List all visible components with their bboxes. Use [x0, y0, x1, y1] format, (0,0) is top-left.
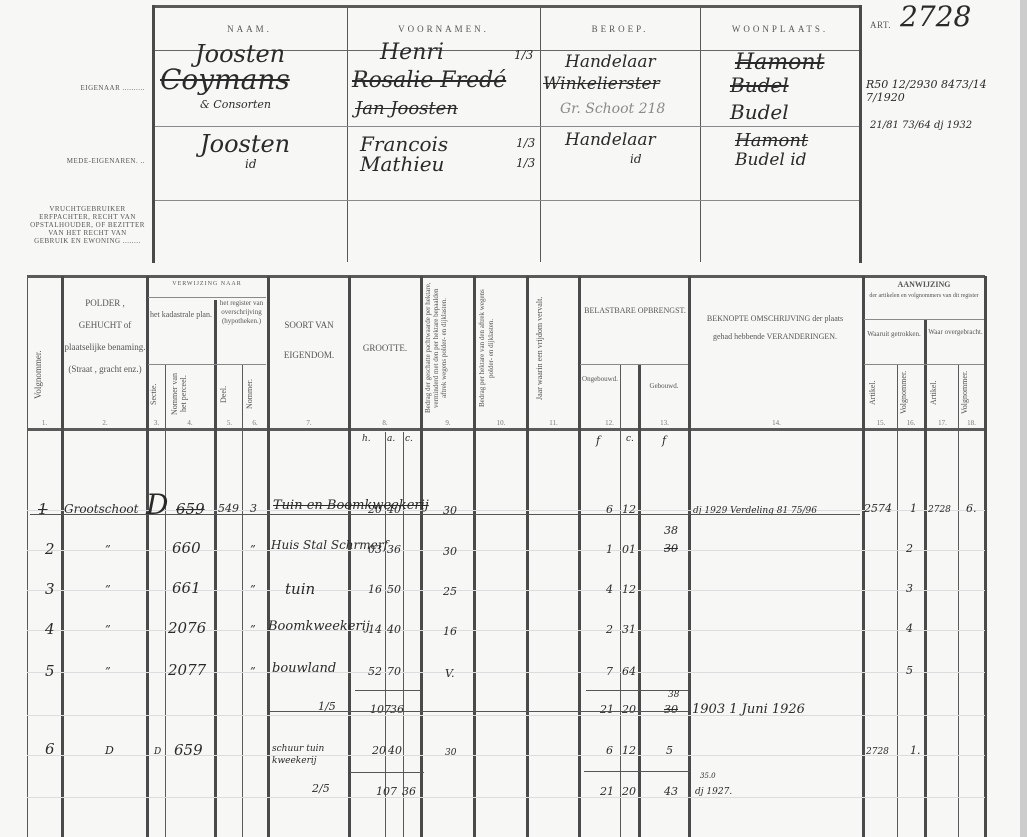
cell-artikel-naar: 2728 [928, 505, 951, 515]
cell-soort: bouwland [272, 661, 336, 676]
cell-ongebouwd-c: 20 [622, 703, 636, 716]
header-soort-eigendom: SOORT VAN EIGENDOM. [270, 310, 348, 370]
mede-eigenaar-2-share: 1/3 [516, 156, 535, 170]
cell-volg-uit: 3 [906, 582, 913, 595]
col-line [958, 365, 959, 837]
divider [700, 8, 701, 262]
header-artikel-uit: Artikel. [868, 370, 894, 415]
header-verwijzing-naar: VERWIJZING NAAR [148, 281, 266, 287]
cell-omschrijving-note: 35.0 [700, 772, 716, 780]
unit-f: f [596, 434, 600, 447]
header-gebouwd: Gebouwd. [640, 382, 688, 390]
owner-box-right-border [859, 5, 862, 263]
header-waar: Waar overgebracht. [927, 328, 984, 336]
eigenaar-3-woonplaats: Budel [730, 100, 789, 124]
label-eigenaar: EIGENAAR .......... [0, 84, 145, 92]
mede-eigenaar-2-naam: id [245, 157, 257, 171]
col-num: 18. [959, 419, 984, 427]
cell-perceel: 660 [172, 539, 201, 557]
mede-eigenaar-1-beroep: Handelaar [565, 130, 656, 150]
cell-h: 107 [376, 785, 397, 798]
eigenaar-1-voornamen: Henri [380, 40, 444, 65]
cell-volg-uit: 5 [906, 664, 913, 677]
cell-soort: schuur tuin kweekerij [272, 743, 347, 767]
header-aanwijzing-sub: der artikelen en volgnommers van dit reg… [864, 292, 984, 300]
cell-h: 52 [368, 665, 382, 678]
cell-polder: ” [105, 583, 111, 596]
cell-ongebouwd-c: 12 [622, 583, 636, 596]
cell-a: 36 [402, 785, 416, 798]
mede-eigenaar-1-woonplaats: Hamont [735, 130, 808, 151]
cell-volgnr: 5 [45, 662, 55, 680]
cell-volgnr: 2 [45, 540, 55, 558]
header-volgnommer: Volgnommer. [34, 330, 54, 420]
owner-box-top-border [152, 5, 862, 8]
row-guide [27, 550, 985, 551]
eigenaar-2-woonplaats: Budel [730, 73, 789, 97]
col-line [146, 276, 149, 837]
col-num: 9. [423, 419, 473, 427]
header-bedrag-aftrek: Bedrag per hektare van den aftrek wegens… [478, 282, 524, 414]
col-num: 14. [691, 419, 862, 427]
article-number: 2728 [900, 0, 971, 33]
header-naam: NAAM. [152, 24, 347, 34]
col-line [924, 320, 927, 837]
strike-line [270, 711, 688, 712]
cell-h: 03 [368, 543, 382, 556]
mede-eigenaar-1-share: 1/3 [516, 136, 535, 150]
cell-sectie: D [154, 747, 161, 757]
header-aanwijzing: AANWIJZING [864, 280, 984, 289]
header-bedrag-pachtwaarde: Bedrag der geschatte pachtwaarde per hek… [424, 282, 470, 414]
header-polder: POLDER , GEHUCHT of plaatselijke benamin… [64, 292, 146, 380]
col-line [620, 365, 621, 837]
col-num: 15. [865, 419, 897, 427]
label-vruchtgebruiker: VRUCHTGEBRUIKER ERFPACHTER, RECHT VAN OP… [30, 205, 145, 245]
col-line [348, 276, 351, 837]
col-line [984, 276, 987, 837]
col-line [638, 365, 641, 837]
cell-volg-uit: 4 [906, 622, 913, 635]
header-waaruit: Waaruit getrokken. [865, 330, 923, 338]
col-line [578, 276, 581, 837]
cell-soort: Tuin en Boomkweekerij [273, 498, 429, 513]
col-line [242, 365, 243, 837]
eigenaar-3-beroep: Gr. Schoot 218 [560, 101, 665, 117]
cell-artikel-uit: 2574 [864, 502, 892, 515]
cell-bedrag: 30 [443, 545, 457, 558]
label-mede-eigenaren: MEDE-EIGENAREN. .. [0, 157, 145, 165]
owner-box-left-border [152, 5, 155, 263]
sum-line [355, 690, 420, 691]
col-line [473, 276, 476, 837]
col-line [526, 276, 529, 837]
col-line [403, 432, 404, 837]
header-deel: Deel. [219, 368, 239, 420]
divider [864, 364, 984, 365]
mede-eigenaar-2-voornamen: Mathieu [360, 152, 444, 176]
header-nommer: Nommer. [245, 368, 265, 420]
mede-eigenaar-1-naam: Joosten [200, 130, 290, 158]
header-woonplaats: WOONPLAATS. [700, 24, 860, 34]
col-num: 13. [641, 419, 688, 427]
cell-ongebouwd-c: 12 [622, 744, 636, 757]
cell-ongebouwd-f: 21 [600, 785, 614, 798]
cell-polder: D [105, 744, 114, 757]
cell-bedrag: 30 [445, 748, 456, 758]
eigenaar-3-voornamen: Jan Joosten [355, 98, 458, 119]
col-line [420, 276, 423, 837]
unit-a: a. [387, 434, 395, 444]
header-grootte: GROOTTE. [350, 343, 420, 353]
cell-ongebouwd-c: 20 [622, 785, 636, 798]
eigenaar-3-naam: & Consorten [200, 98, 271, 111]
col-num: 12. [581, 419, 638, 427]
cell-soort: tuin [285, 580, 315, 598]
strike-line [30, 514, 860, 515]
cell-volgnr: 3 [45, 580, 55, 598]
divider [540, 8, 541, 262]
cell-nommer: ” [250, 543, 256, 556]
header-voornamen: VOORNAMEN. [347, 24, 540, 34]
col-num: 10. [476, 419, 526, 427]
divider [155, 126, 859, 127]
header-belastbare-opbrengst: BELASTBARE OPBRENGST. [582, 298, 688, 323]
cell-gebouwd: 5 [666, 744, 673, 757]
col-line [688, 276, 691, 837]
divider [155, 200, 859, 201]
cell-gebouwd: 30 [664, 542, 678, 555]
col-num: 3. [148, 419, 165, 427]
col-line [165, 365, 166, 837]
cell-perceel: 2076 [168, 619, 206, 637]
cell-ongebouwd-c: 01 [622, 543, 636, 556]
header-artikel-naar: Artikel. [929, 370, 955, 415]
divider [148, 297, 266, 298]
cell-nommer: ” [250, 623, 256, 636]
cell-perceel: 661 [172, 579, 201, 597]
cell-ongebouwd-f: 2 [606, 623, 613, 636]
cell-h: 20 [372, 744, 386, 757]
cell-ongebouwd-c: 31 [622, 623, 636, 636]
header-register: het register van overschrijving (hypothe… [216, 299, 267, 326]
col-num: 8. [350, 419, 420, 427]
page-edge [1020, 0, 1027, 837]
cell-polder: ” [105, 623, 111, 636]
unit-h: h. [362, 434, 371, 444]
divider [148, 364, 266, 365]
col-num: 2. [64, 419, 146, 427]
row-guide [27, 755, 985, 756]
unit-c: c. [405, 434, 413, 444]
col-line [27, 276, 28, 837]
row-guide [27, 510, 985, 511]
eigenaar-1-woonplaats: Hamont [735, 50, 824, 75]
eigenaar-2-beroep: Winkelierster [543, 74, 660, 94]
cell-volgnr: 1 [38, 500, 48, 518]
header-jaar-vrijdom: Jaar waarin een vrijdom vervalt. [535, 282, 571, 414]
cell-bedrag: V. [445, 667, 455, 680]
divider [580, 364, 688, 365]
eigenaar-1-beroep: Handelaar [565, 52, 656, 72]
header-beroep: BEROEP. [540, 24, 700, 34]
cell-artikel-uit: 2728 [866, 747, 889, 757]
col-line [214, 300, 217, 837]
header-nommer-perceel: Nommer van het perceel. [170, 368, 210, 420]
cell-omschrijving: 1903 1 Juni 1926 [692, 702, 805, 717]
cell-bedrag: 25 [443, 585, 457, 598]
cell-polder: ” [105, 665, 111, 678]
eigenaar-2-naam: Coymans [160, 63, 290, 96]
row-guide [27, 797, 985, 798]
cell-bedrag: 30 [443, 504, 457, 517]
cell-sectie: D [146, 488, 168, 521]
col-num: 4. [166, 419, 214, 427]
sum-line [350, 772, 424, 773]
cell-a: 40 [388, 744, 402, 757]
cell-nommer: ” [250, 665, 256, 678]
cell-volg-uit: 2 [906, 542, 913, 555]
header-kadastrale-plan: het kadastrale plan. [150, 308, 212, 322]
cell-gebouwd: 30 [664, 703, 678, 716]
cell-ongebouwd-f: 6 [606, 744, 613, 757]
col-num: 5. [217, 419, 242, 427]
cell-volg-uit: 1. [910, 744, 921, 757]
header-volg-naar: Volgnommer. [960, 370, 984, 415]
cell-ongebouwd-f: 21 [600, 703, 614, 716]
cell-volgnr: 4 [45, 620, 55, 638]
header-sectie: Sectie. [149, 368, 163, 420]
row-guide [27, 590, 985, 591]
cell-perceel: 659 [174, 741, 203, 759]
cell-gebouwd: 43 [664, 785, 678, 798]
header-beknopte-omschrijving: BEKNOPTE OMSCHRIJVING der plaats gehad h… [700, 310, 850, 346]
col-num: 17. [927, 419, 958, 427]
eigenaar-1-share: 1/3 [514, 48, 533, 62]
article-note-2: 21/81 73/64 dj 1932 [870, 120, 972, 131]
cell-polder: ” [105, 543, 111, 556]
cell-a: 50 [387, 583, 401, 596]
cell-volgnr: 6 [45, 740, 55, 758]
col-line [897, 365, 898, 837]
cell-soort: Boomkweekerij [268, 619, 370, 634]
col-line [862, 276, 865, 837]
cell-ongebouwd-c: 64 [622, 665, 636, 678]
col-num: 11. [529, 419, 578, 427]
mede-eigenaar-2-beroep: id [630, 152, 642, 166]
cell-share: 2/5 [312, 782, 330, 795]
cell-a: 36 [390, 703, 404, 716]
row-guide [27, 715, 985, 716]
cell-omschrijving: dj 1927. [695, 787, 732, 797]
col-num: 16. [898, 419, 924, 427]
cell-gebouwd-correction: 38 [668, 690, 679, 700]
table-top-border [27, 275, 985, 278]
mede-eigenaar-2-woonplaats: Budel id [735, 150, 807, 170]
header-ongebouwd: Ongebouwd. [580, 372, 620, 386]
cell-gebouwd-correction: 38 [664, 524, 678, 537]
article-note-1: R50 12/2930 8473/14 7/1920 [866, 78, 1027, 104]
cell-ongebouwd-f: 4 [606, 583, 613, 596]
cell-ongebouwd-f: 7 [606, 665, 613, 678]
col-num: 7. [270, 419, 348, 427]
header-volg-uit: Volgnommer. [899, 370, 923, 415]
col-line [385, 432, 386, 837]
table-header-bottom-border [27, 428, 985, 431]
eigenaar-2-voornamen: Rosalie Fredé [352, 68, 506, 93]
cell-ongebouwd-f: 1 [606, 543, 613, 556]
cell-a: 40 [387, 623, 401, 636]
cell-h: 16 [368, 583, 382, 596]
article-label: ART. [870, 20, 891, 30]
cell-bedrag: 16 [443, 625, 457, 638]
cell-perceel: 2077 [168, 661, 206, 679]
sum-line [584, 771, 690, 772]
cell-a: 70 [387, 665, 401, 678]
cell-a: 36 [387, 543, 401, 556]
col-num: 1. [28, 419, 61, 427]
cell-volg-naar: 6. [966, 502, 977, 515]
cell-volg-uit: 1 [910, 502, 917, 515]
cell-h: 107 [370, 703, 391, 716]
unit-f: f [662, 434, 666, 447]
unit-c: c. [626, 434, 634, 444]
divider [347, 8, 348, 262]
col-num: 6. [243, 419, 267, 427]
cell-h: 14 [368, 623, 382, 636]
cell-nommer: ” [250, 583, 256, 596]
divider [864, 319, 984, 320]
cell-perceel: 659 [176, 500, 205, 518]
